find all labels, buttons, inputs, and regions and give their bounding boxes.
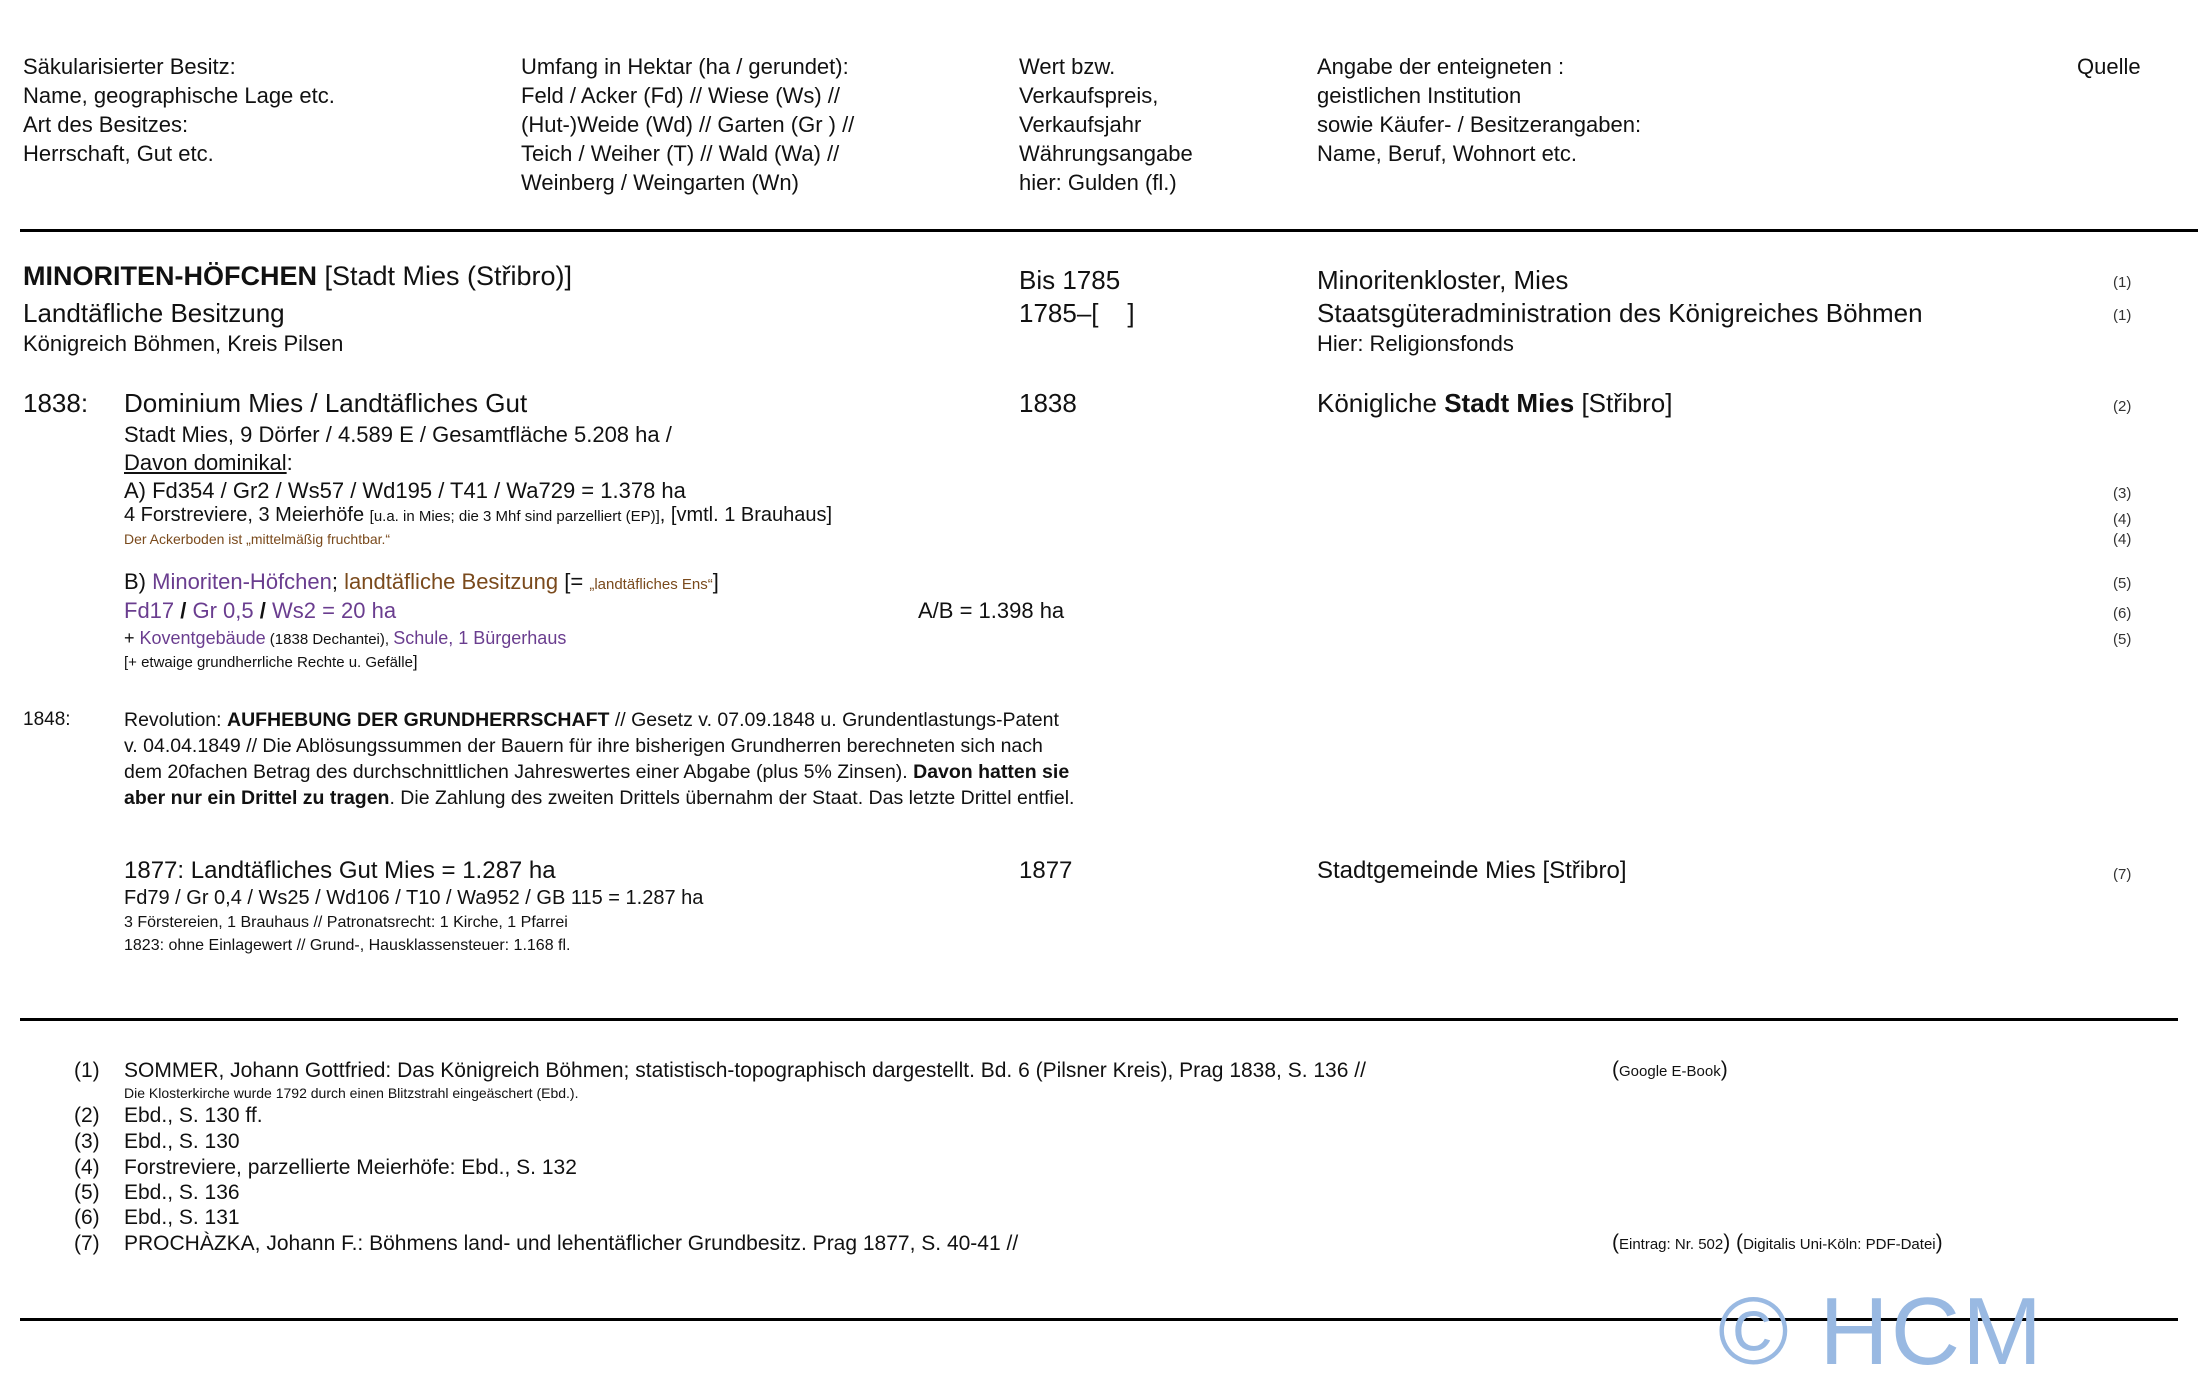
soil-note: Der Ackerboden ist „mittelmäßig fruchtba…: [124, 531, 390, 547]
gut-1877-area: Fd79 / Gr 0,4 / Ws25 / Wd106 / T10 / Wa9…: [124, 887, 703, 910]
owner-period-2: 1785–[ ]: [1019, 298, 1135, 329]
column-header-value: Wert bzw. Verkaufspreis, Verkaufsjahr Wä…: [1019, 52, 1193, 197]
copyright-watermark: © HCM: [1718, 1282, 2044, 1380]
footnote-3: (3)Ebd., S. 130: [74, 1129, 240, 1155]
footnote-7-links: (Eintrag: Nr. 502) (Digitalis Uni-Köln: …: [1612, 1231, 1943, 1255]
footnote-1-note: Die Klosterkirche wurde 1792 durch einen…: [124, 1085, 578, 1101]
column-header-source: Quelle: [2077, 52, 2141, 81]
footnote-7-pdf-link[interactable]: Digitalis Uni-Köln: PDF-Datei: [1743, 1236, 1936, 1253]
header-divider: [20, 229, 2198, 232]
year-1877: 1877: [1019, 857, 1072, 885]
part-a-buildings-ref: (4): [2113, 511, 2131, 528]
part-b-area-ref: (6): [2113, 605, 2131, 622]
revolution-text: Revolution: AUFHEBUNG DER GRUNDHERRSCHAF…: [124, 707, 1074, 811]
gut-1877-buildings: 3 Förstereien, 1 Brauhaus // Patronatsre…: [124, 914, 568, 932]
owner-period-1: Bis 1785: [1019, 265, 1120, 296]
owner-name-1: Minoritenkloster, Mies: [1317, 265, 1568, 296]
column-header-owner: Angabe der enteigneten : geistlichen Ins…: [1317, 52, 1641, 168]
dominium-label: Davon dominikal:: [124, 449, 293, 477]
owner-ref-1838: (2): [2113, 398, 2131, 415]
column-header-area: Umfang in Hektar (ha / gerundet): Feld /…: [521, 52, 854, 197]
entry-title: MINORITEN-HÖFCHEN [Stadt Mies (Střibro)]: [23, 260, 572, 293]
part-b-ref: (5): [2113, 575, 2131, 592]
footnote-1: (1)SOMMER, Johann Gottfried: Das Königre…: [74, 1058, 1366, 1084]
part-b-buildings-ref: (5): [2113, 631, 2131, 648]
gut-1877-tax: 1823: ohne Einlagewert // Grund-, Hauskl…: [124, 937, 570, 955]
owner-ref-1877: (7): [2113, 866, 2131, 883]
part-a-buildings: 4 Forstreviere, 3 Meierhöfe [u.a. in Mie…: [124, 504, 832, 527]
column-header-property: Säkularisierter Besitz: Name, geographis…: [23, 52, 335, 168]
owner-1877: Stadtgemeinde Mies [Střibro]: [1317, 857, 1626, 885]
footnote-divider: [20, 1018, 2178, 1021]
part-a-ref: (3): [2113, 485, 2131, 502]
part-b-rights: [+ etwaige grundherrliche Rechte u. Gefä…: [124, 652, 418, 672]
footnote-4: (4)Forstreviere, parzellierte Meierhöfe:…: [74, 1155, 577, 1181]
gut-1877-title: 1877: Landtäfliches Gut Mies = 1.287 ha: [124, 857, 556, 885]
part-b-buildings: + Koventgebäude (1838 Dechantei), Schule…: [124, 626, 566, 650]
footnote-6: (6)Ebd., S. 131: [74, 1205, 240, 1231]
entry-region: Königreich Böhmen, Kreis Pilsen: [23, 330, 343, 358]
year-label-1848: 1848:: [23, 709, 71, 731]
footnote-1-link[interactable]: (Google E-Book): [1612, 1058, 1728, 1082]
footnote-7: (7)PROCHÀZKA, Johann F.: Böhmens land- u…: [74, 1231, 1018, 1257]
part-a-area: A) Fd354 / Gr2 / Ws57 / Wd195 / T41 / Wa…: [124, 477, 686, 505]
owner-name-2: Staatsgüteradministration des Königreich…: [1317, 298, 1923, 329]
owner-1838: Königliche Stadt Mies [Střibro]: [1317, 388, 1672, 419]
owner-ref-2: (1): [2113, 307, 2131, 324]
owner-note: Hier: Religionsfonds: [1317, 330, 1514, 358]
owner-ref-1: (1): [2113, 274, 2131, 291]
year-1838: 1838: [1019, 388, 1077, 419]
entry-type: Landtäfliche Besitzung: [23, 298, 285, 329]
combined-area: A/B = 1.398 ha: [918, 597, 1064, 625]
part-b-area: Fd17 / Gr 0,5 / Ws2 = 20 ha: [124, 597, 396, 625]
footnote-7-entry-link[interactable]: Eintrag: Nr. 502: [1619, 1236, 1723, 1253]
dominium-title: Dominium Mies / Landtäfliches Gut: [124, 388, 527, 419]
soil-note-ref: (4): [2113, 531, 2131, 548]
dominium-summary: Stadt Mies, 9 Dörfer / 4.589 E / Gesamtf…: [124, 421, 672, 449]
footnote-5: (5)Ebd., S. 136: [74, 1180, 240, 1206]
footnote-2: (2)Ebd., S. 130 ff.: [74, 1103, 263, 1129]
part-b-title: B) Minoriten-Höfchen; landtäfliche Besit…: [124, 568, 719, 596]
year-label-1838: 1838:: [23, 388, 88, 419]
